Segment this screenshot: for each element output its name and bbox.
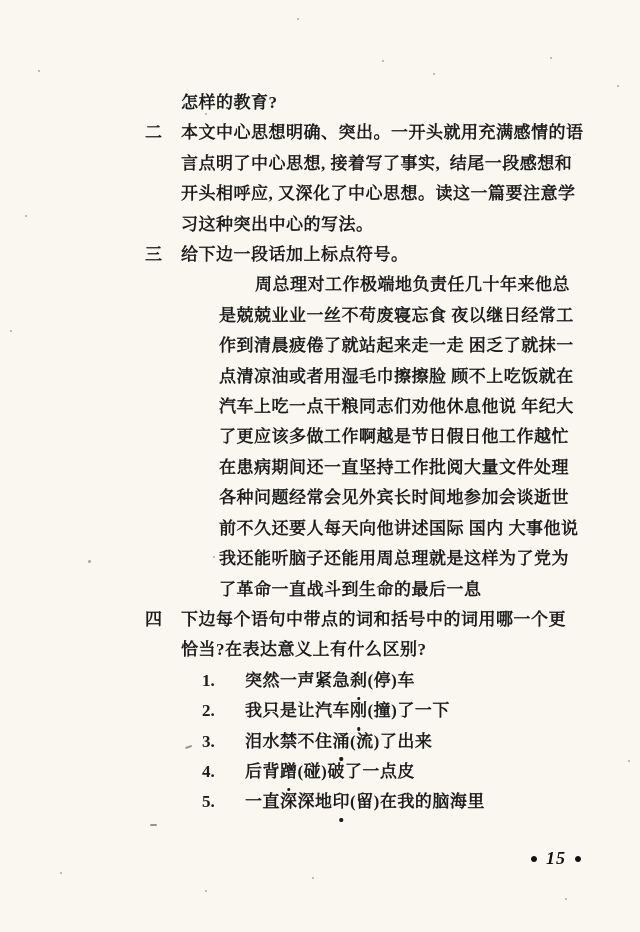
word-choice-item-2: 2.我只是让汽车刚(撞)了一下 xyxy=(145,696,585,726)
punctuation-paragraph-line-4: 点清凉油或者用湿毛巾擦擦脸 顾不上吃饭就在 xyxy=(145,362,585,392)
item-text: 了出来 xyxy=(380,732,433,751)
scan-speck xyxy=(617,85,619,87)
item-text: 我只是让汽车 xyxy=(245,701,350,720)
scan-speck xyxy=(88,560,91,563)
emphasized-word: 刚 xyxy=(350,696,368,726)
section-four-line-1: 下边每个语句中带点的词和括号中的词用哪一个更 xyxy=(181,610,566,629)
punctuation-paragraph-line-1: 周总理对工作极端地负责任几十年来他总 xyxy=(145,270,585,300)
section-four-line-2: 恰当?在表达意义上有什么区别? xyxy=(181,640,427,659)
punctuation-paragraph-line-6: 了更应该多做工作啊越是节日假日他工作越忙 xyxy=(145,422,585,452)
emphasized-word: 刹 xyxy=(350,666,368,696)
paragraph-text: 了革命一直战斗到生命的最后一息 xyxy=(219,580,482,599)
word-choice-item-1: 1.突然一声紧急刹(停)车 xyxy=(145,666,585,696)
section-three-marker: 三 xyxy=(145,240,181,270)
section-four-row-2: 恰当?在表达意义上有什么区别? xyxy=(145,635,585,665)
scan-dash-mark xyxy=(150,824,157,826)
paragraph-text: 在患病期间还一直坚持工作批阅大量文件处理 xyxy=(219,458,569,477)
scan-speck xyxy=(213,556,215,558)
paragraph-text: 周总理对工作极端地负责任几十年来他总 xyxy=(255,275,570,294)
section-two-line-4: 习这种突出中心的写法。 xyxy=(181,215,374,234)
scan-speck xyxy=(565,898,567,900)
continuation-line: 怎样的教育? xyxy=(145,88,585,118)
scan-speck xyxy=(628,760,630,762)
section-two-marker: 二 xyxy=(145,118,181,148)
item-text: 一直深深地 xyxy=(245,792,333,811)
page-number-value: 15 xyxy=(546,848,566,869)
item-text: 破了一点皮 xyxy=(327,762,415,781)
item-number: 4. xyxy=(202,757,245,787)
emphasized-word: 蹭 xyxy=(280,757,298,787)
punctuation-paragraph-line-11: 了革命一直战斗到生命的最后一息 xyxy=(145,575,585,605)
item-number: 1. xyxy=(202,666,245,696)
scanned-textbook-page: 怎样的教育? 二本文中心思想明确、突出。一开头就用充满感情的语 言点明了中心思想… xyxy=(0,0,640,932)
punctuation-paragraph-line-9: 前不久还要人每天向他讲述国际 国内 大事他说 xyxy=(145,514,585,544)
section-two-row-2: 言点明了中心思想, 接着写了事实, 结尾一段感想和 xyxy=(145,149,585,179)
word-choice-item-3: 3.泪水禁不住涌(流)了出来 xyxy=(145,727,585,757)
scan-speck xyxy=(205,113,207,115)
punctuation-paragraph-line-5: 汽车上吃一点干粮同志们劝他休息他说 年纪大 xyxy=(145,392,585,422)
paragraph-text: 点清凉油或者用湿毛巾擦擦脸 顾不上吃饭就在 xyxy=(219,367,574,386)
paragraph-text: 作到清晨疲倦了就站起来走一走 困乏了就抹一 xyxy=(219,336,574,355)
scan-speck xyxy=(382,60,384,62)
word-choice-item-5: 5.一直深深地印(留)在我的脑海里 xyxy=(145,787,585,817)
paren-alternative: (撞) xyxy=(368,701,398,720)
scan-speck xyxy=(205,890,207,892)
paren-alternative: (碰) xyxy=(298,762,328,781)
item-number: 2. xyxy=(202,696,245,726)
punctuation-paragraph-line-8: 各种问题经常会见外宾长时间地参加会谈逝世 xyxy=(145,483,585,513)
item-text: 后背 xyxy=(245,762,280,781)
item-number: 3. xyxy=(202,727,245,757)
section-four-marker: 四 xyxy=(145,605,181,635)
section-three-heading-row: 三给下边一段话加上标点符号。 xyxy=(145,240,585,270)
item-text: 车 xyxy=(397,671,415,690)
scan-speck xyxy=(38,70,40,72)
scan-speck xyxy=(10,330,12,332)
paragraph-text: 汽车上吃一点干粮同志们劝他休息他说 年纪大 xyxy=(219,397,574,416)
item-text: 了一下 xyxy=(397,701,450,720)
page-number-left-dot-icon xyxy=(531,856,537,862)
paragraph-text: 我还能听脑子还能用周总理就是这样为了党为 xyxy=(219,549,569,568)
section-two-line-1: 本文中心思想明确、突出。一开头就用充满感情的语 xyxy=(181,123,584,142)
paragraph-text: 了更应该多做工作啊越是节日假日他工作越忙 xyxy=(219,427,569,446)
paragraph-text: 是兢兢业业一丝不苟废寝忘食 夜以继日经常工 xyxy=(219,306,574,325)
emphasized-word: 印 xyxy=(333,787,351,817)
section-two-line-2: 言点明了中心思想, 接着写了事实, 结尾一段感想和 xyxy=(181,154,572,173)
paragraph-text: 前不久还要人每天向他讲述国际 国内 大事他说 xyxy=(219,519,579,538)
scan-speck xyxy=(25,215,27,217)
scan-speck xyxy=(433,73,435,75)
section-two-row-1: 二本文中心思想明确、突出。一开头就用充满感情的语 xyxy=(145,118,585,148)
paren-alternative: (流) xyxy=(350,732,380,751)
scan-speck xyxy=(312,877,314,879)
punctuation-paragraph-line-2: 是兢兢业业一丝不苟废寝忘食 夜以继日经常工 xyxy=(145,301,585,331)
emphasized-word: 涌 xyxy=(333,727,351,757)
paren-alternative: (留) xyxy=(350,792,380,811)
page-number-right-dot-icon xyxy=(575,856,581,862)
section-three-heading: 给下边一段话加上标点符号。 xyxy=(181,245,409,264)
item-text: 在我的脑海里 xyxy=(380,792,485,811)
exercise-text-block: 怎样的教育? 二本文中心思想明确、突出。一开头就用充满感情的语 言点明了中心思想… xyxy=(145,88,585,818)
item-number: 5. xyxy=(202,787,245,817)
section-two-row-3: 开头相呼应, 又深化了中心思想。读这一篇要注意学 xyxy=(145,179,585,209)
item-text: 泪水禁不住 xyxy=(245,732,333,751)
scan-speck xyxy=(297,18,299,20)
section-two-row-4: 习这种突出中心的写法。 xyxy=(145,210,585,240)
punctuation-paragraph-line-7: 在患病期间还一直坚持工作批阅大量文件处理 xyxy=(145,453,585,483)
word-choice-item-4: 4.后背蹭(碰)破了一点皮 xyxy=(145,757,585,787)
item-text: 突然一声紧急 xyxy=(245,671,350,690)
section-two-line-3: 开头相呼应, 又深化了中心思想。读这一篇要注意学 xyxy=(181,184,576,203)
punctuation-paragraph-line-3: 作到清晨疲倦了就站起来走一走 困乏了就抹一 xyxy=(145,331,585,361)
section-four-row-1: 四下边每个语句中带点的词和括号中的词用哪一个更 xyxy=(145,605,585,635)
continuation-text: 怎样的教育? xyxy=(181,93,278,112)
scan-speck xyxy=(60,872,62,874)
punctuation-paragraph-line-10: 我还能听脑子还能用周总理就是这样为了党为 xyxy=(145,544,585,574)
scan-speck xyxy=(550,57,552,59)
paren-alternative: (停) xyxy=(368,671,398,690)
page-number: 15 xyxy=(531,848,581,869)
paragraph-text: 各种问题经常会见外宾长时间地参加会谈逝世 xyxy=(219,488,569,507)
